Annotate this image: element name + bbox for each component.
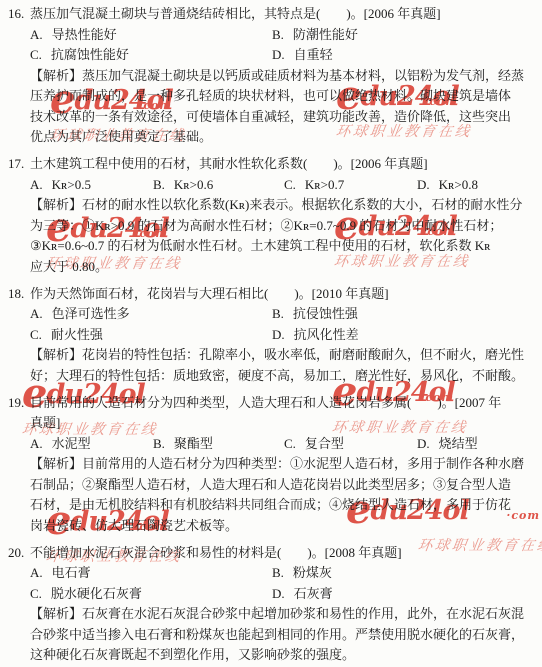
explanation-line: ③Kʀ=0.6~0.7 的石材为低耐水性石材。土木建筑工程中使用的石材，软化系数… [30, 236, 534, 257]
option-label: A. [30, 565, 43, 580]
explanation-line: 为三等：①Kʀ>0.9 的石材为高耐水性石材；②Kʀ=0.7~0.9 的石材为中… [30, 216, 534, 237]
option-label: B. [272, 27, 284, 42]
explanation-line: 【解析】石灰膏在水泥石灰混合砂浆中起增加砂浆和易性的作用，此外，在水泥石灰混 [30, 604, 534, 625]
option-label: A. [30, 306, 43, 321]
options-row: A.水泥型 B.聚酯型 C.复合型 D.烧结型 [30, 434, 534, 455]
explanation-line: 石材，是由无机胶结料和有机胶结料共同组合而成；④烧结型人造石材，多用于仿花 [30, 495, 534, 516]
option-text: 电石膏 [52, 565, 91, 580]
option-text: 石灰膏 [294, 586, 333, 601]
question-number: 20. [8, 543, 24, 564]
option-label: C. [30, 586, 42, 601]
option-text: 水泥型 [52, 436, 91, 451]
option-d: D.Kʀ>0.8 [417, 175, 534, 196]
option-label: A. [30, 177, 43, 192]
explanation-line: 压养护而制成的，是一种多孔轻质的块状材料，也可以做绝热材料。砌块建筑是墙体 [30, 86, 534, 107]
explanation-line: 【解析】石材的耐水性以软化系数(Kʀ)来表示。根据软化系数的大小，石材的耐水性分 [30, 195, 534, 216]
explanation-line: 石制品；②聚酯型人造石材，人造大理石和人造花岗岩以此类型居多；③复合型人造 [30, 475, 534, 496]
option-d: D.烧结型 [417, 434, 534, 455]
option-text: Kʀ>0.8 [439, 177, 478, 192]
options-row: A.Kʀ>0.5 B.Kʀ>0.6 C.Kʀ>0.7 D.Kʀ>0.8 [30, 175, 534, 196]
option-b: B.防潮性能好 [272, 25, 534, 46]
option-text: 导热性能好 [52, 27, 117, 42]
option-c: C.脱水硬化石灰膏 [30, 584, 272, 605]
option-a: A.电石膏 [30, 563, 272, 584]
option-d: D.自重轻 [272, 45, 534, 66]
option-text: 烧结型 [439, 436, 478, 451]
option-label: D. [272, 586, 285, 601]
question-stem: 目前常用的人造石材分为四种类型，人造大理石和人造花岗岩多属( )。[2007 年 [30, 393, 534, 414]
option-a: A.水泥型 [30, 434, 153, 455]
question-16: 16. 蒸压加气混凝土砌块与普通烧结砖相比，其特点是( )。[2006 年真题]… [8, 4, 534, 148]
option-text: 耐火性强 [51, 327, 103, 342]
option-label: B. [272, 565, 284, 580]
question-20: 20. 不能增加水泥石灰混合砂浆和易性的材料是( )。[2008 年真题] A.… [8, 543, 534, 666]
option-text: 脱水硬化石灰膏 [51, 586, 142, 601]
explanation-line: 优点为其广泛使用奠定了基础。 [30, 127, 534, 148]
option-b: B.粉煤灰 [272, 563, 534, 584]
question-stem: 作为天然饰面石材，花岗岩与大理石相比( )。[2010 年真题] [30, 284, 534, 305]
option-label: C. [30, 327, 42, 342]
option-label: D. [417, 436, 430, 451]
option-text: 自重轻 [294, 47, 333, 62]
question-19: 19. 目前常用的人造石材分为四种类型，人造大理石和人造花岗岩多属( )。[20… [8, 393, 534, 537]
option-d: D.抗风化性差 [272, 325, 534, 346]
option-text: 聚酯型 [174, 436, 213, 451]
option-label: A. [30, 436, 43, 451]
option-text: 抗腐蚀性能好 [51, 47, 129, 62]
option-text: Kʀ>0.6 [174, 177, 213, 192]
option-text: 复合型 [305, 436, 344, 451]
question-17: 17. 土木建筑工程中使用的石材，其耐水性软化系数( )。[2006 年真题] … [8, 154, 534, 277]
question-number: 17. [8, 154, 24, 175]
option-label: D. [272, 327, 285, 342]
option-a: A.Kʀ>0.5 [30, 175, 153, 196]
explanation-line: 技术改革的一条有效途径，可使墙体自重减轻，建筑功能改善，造价降低，这些突出 [30, 107, 534, 128]
question-stem: 蒸压加气混凝土砌块与普通烧结砖相比，其特点是( )。[2006 年真题] [30, 4, 534, 25]
question-stem: 土木建筑工程中使用的石材，其耐水性软化系数( )。[2006 年真题] [30, 154, 534, 175]
option-label: B. [153, 436, 165, 451]
option-label: D. [417, 177, 430, 192]
option-label: B. [272, 306, 284, 321]
option-b: B.聚酯型 [153, 434, 284, 455]
option-c: C.复合型 [284, 434, 417, 455]
explanation-line: 好；大理石的特性包括：质地致密，硬度不高，易加工，磨光性好，易风化，不耐酸。 [30, 366, 534, 387]
option-b: B.抗侵蚀性强 [272, 304, 534, 325]
question-number: 18. [8, 284, 24, 305]
option-text: 色泽可选性多 [52, 306, 130, 321]
option-text: 抗侵蚀性强 [293, 306, 358, 321]
options-grid: A.电石膏 B.粉煤灰 C.脱水硬化石灰膏 D.石灰膏 [30, 563, 534, 604]
option-text: 防潮性能好 [293, 27, 358, 42]
option-text: Kʀ>0.5 [52, 177, 91, 192]
question-number: 16. [8, 4, 24, 25]
option-label: B. [153, 177, 165, 192]
option-label: A. [30, 27, 43, 42]
option-c: C.耐火性强 [30, 325, 272, 346]
option-label: D. [272, 47, 285, 62]
explanation-line: 岗岩瓷砖、仿大理石陶瓷艺术板等。 [30, 516, 534, 537]
option-c: C.抗腐蚀性能好 [30, 45, 272, 66]
option-label: C. [30, 47, 42, 62]
option-a: A.色泽可选性多 [30, 304, 272, 325]
question-number: 19. [8, 393, 24, 414]
options-grid: A.色泽可选性多 B.抗侵蚀性强 C.耐火性强 D.抗风化性差 [30, 304, 534, 345]
option-b: B.Kʀ>0.6 [153, 175, 284, 196]
option-label: C. [284, 436, 296, 451]
question-stem-continued: 真题] [30, 413, 534, 434]
option-label: C. [284, 177, 296, 192]
option-c: C.Kʀ>0.7 [284, 175, 417, 196]
explanation-line: 这种硬化石灰膏既起不到塑化作用，又影响砂浆的强度。 [30, 645, 534, 666]
option-text: 抗风化性差 [294, 327, 359, 342]
explanation-line: 【解析】蒸压加气混凝土砌块是以钙质或硅质材料为基本材料，以铝粉为发气剂，经蒸 [30, 66, 534, 87]
option-d: D.石灰膏 [272, 584, 534, 605]
explanation-line: 合砂浆中适当掺入电石膏和粉煤灰也能起到相同的作用。严禁使用脱水硬化的石灰膏， [30, 625, 534, 646]
option-text: 粉煤灰 [293, 565, 332, 580]
option-a: A.导热性能好 [30, 25, 272, 46]
explanation-line: 应大于 0.80。 [30, 257, 534, 278]
exam-page: 16. 蒸压加气混凝土砌块与普通烧结砖相比，其特点是( )。[2006 年真题]… [0, 0, 542, 667]
explanation-line: 【解析】目前常用的人造石材分为四种类型：①水泥型人造石材，多用于制作各种水磨 [30, 454, 534, 475]
option-text: Kʀ>0.7 [305, 177, 344, 192]
question-18: 18. 作为天然饰面石材，花岗岩与大理石相比( )。[2010 年真题] A.色… [8, 284, 534, 387]
question-stem: 不能增加水泥石灰混合砂浆和易性的材料是( )。[2008 年真题] [30, 543, 534, 564]
options-grid: A.导热性能好 B.防潮性能好 C.抗腐蚀性能好 D.自重轻 [30, 25, 534, 66]
explanation-line: 【解析】花岗岩的特性包括：孔隙率小，吸水率低，耐磨耐酸耐久，但不耐火，磨光性 [30, 345, 534, 366]
